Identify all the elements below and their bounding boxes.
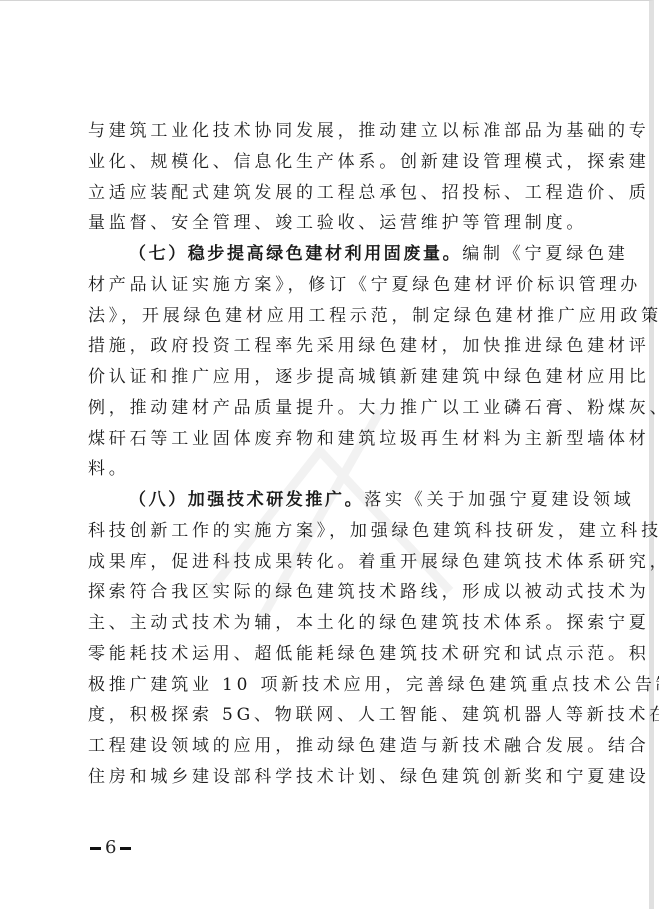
dash-left xyxy=(90,847,101,850)
text-line: 科技创新工作的实施方案》，加强绿色建筑科技研发，建立科技 xyxy=(88,516,570,547)
text-line: 立适应装配式建筑发展的工程总承包、招投标、工程造价、质 xyxy=(88,178,570,209)
text-line: 量监督、安全管理、竣工验收、运营维护等管理制度。 xyxy=(88,208,570,239)
text-line: 极推广建筑业 10 项新技术应用，完善绿色建筑重点技术公告制 xyxy=(88,670,570,701)
section-heading-line: （七）稳步提高绿色建材利用固废量。编制《宁夏绿色建 xyxy=(88,239,570,270)
text-line: 例，推动建材产品质量提升。大力推广以工业磷石膏、粉煤灰、 xyxy=(88,393,570,424)
dash-right xyxy=(120,847,131,850)
text-line: 法》，开展绿色建材应用工程示范，制定绿色建材推广应用政策 xyxy=(88,301,570,332)
text-line: 措施，政府投资工程率先采用绿色建材，加快推进绿色建材评 xyxy=(88,331,570,362)
document-page: 与建筑工业化技术协同发展，推动建立以标准部品为基础的专 业化、规模化、信息化生产… xyxy=(0,0,654,909)
document-body: 与建筑工业化技术协同发展，推动建立以标准部品为基础的专 业化、规模化、信息化生产… xyxy=(88,116,570,793)
text-line: 工程建设领域的应用，推动绿色建造与新技术融合发展。结合 xyxy=(88,731,570,762)
text-line: 材产品认证实施方案》，修订《宁夏绿色建材评价标识管理办 xyxy=(88,270,570,301)
section-heading-line: （八）加强技术研发推广。落实《关于加强宁夏建设领域 xyxy=(88,485,570,516)
text-line: 成果库，促进科技成果转化。着重开展绿色建筑技术体系研究， xyxy=(88,547,570,578)
text-line: 住房和城乡建设部科学技术计划、绿色建筑创新奖和宁夏建设 xyxy=(88,762,570,793)
section-heading-7: （七）稳步提高绿色建材利用固废量。 xyxy=(129,244,462,264)
text-line: 业化、规模化、信息化生产体系。创新建设管理模式，探索建 xyxy=(88,147,570,178)
section-heading-8: （八）加强技术研发推广。 xyxy=(129,490,364,510)
text-line: 料。 xyxy=(88,454,570,485)
text-line: 度，积极探索 5G、物联网、人工智能、建筑机器人等新技术在 xyxy=(88,700,570,731)
section-text: 落实《关于加强宁夏建设领域 xyxy=(364,490,634,510)
text-line: 探索符合我区实际的绿色建筑技术路线，形成以被动式技术为 xyxy=(88,577,570,608)
text-line: 主、主动式技术为辅，本土化的绿色建筑技术体系。探索宁夏 xyxy=(88,608,570,639)
text-line: 与建筑工业化技术协同发展，推动建立以标准部品为基础的专 xyxy=(88,116,570,147)
page-number-value: 6 xyxy=(105,837,116,858)
section-text: 编制《宁夏绿色建 xyxy=(462,244,628,264)
text-line: 价认证和推广应用，逐步提高城镇新建建筑中绿色建材应用比 xyxy=(88,362,570,393)
text-line: 煤矸石等工业固体废弃物和建筑垃圾再生材料为主新型墙体材 xyxy=(88,424,570,455)
text-line: 零能耗技术运用、超低能耗绿色建筑技术研究和试点示范。积 xyxy=(88,639,570,670)
page-number: 6 xyxy=(86,837,135,858)
